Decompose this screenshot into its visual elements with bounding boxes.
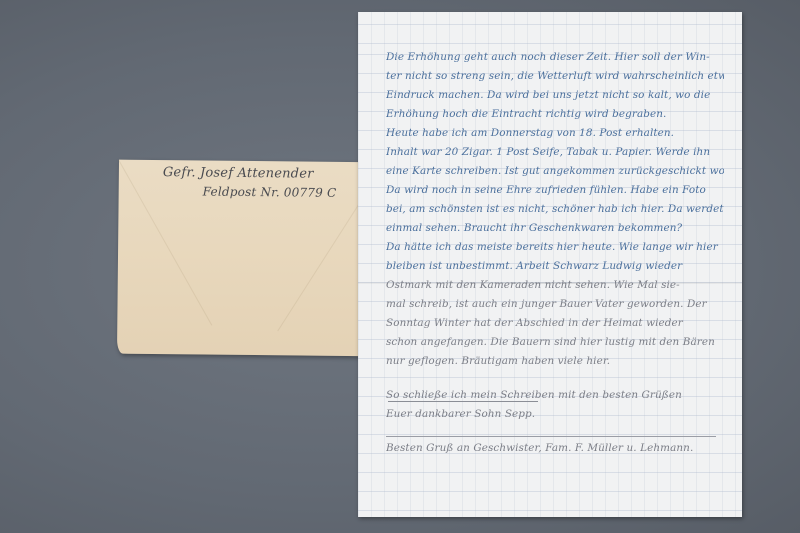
envelope: Gefr. Josef Attenender Feldpost Nr. 0077… xyxy=(117,160,385,357)
letter-line: bleiben ist unbestimmt. Arbeit Schwarz L… xyxy=(386,257,724,276)
letter-line: Sonntag Winter hat der Abschied in der H… xyxy=(386,314,724,333)
signature-line: Euer dankbarer Sohn Sepp. xyxy=(386,405,724,424)
signature-underline xyxy=(388,401,538,402)
letter-body: Die Erhöhung geht auch noch dieser Zeit.… xyxy=(386,48,724,458)
letter-line: Da wird noch in seine Ehre zufrieden füh… xyxy=(386,181,724,200)
postscript-underline xyxy=(386,436,716,437)
letter-line: ter nicht so streng sein, die Wetterluft… xyxy=(386,67,724,86)
letter-line: mal schreib, ist auch ein junger Bauer V… xyxy=(386,295,724,314)
letter-line: nur geflogen. Bräutigam haben viele hier… xyxy=(386,352,724,371)
letter-line: schon angefangen. Die Bauern sind hier l… xyxy=(386,333,724,352)
envelope-sender-name: Gefr. Josef Attenender xyxy=(163,165,314,182)
letter-line: eine Karte schreiben. Ist gut angekommen… xyxy=(386,162,724,181)
letter-sheet: Die Erhöhung geht auch noch dieser Zeit.… xyxy=(358,12,742,517)
letter-line: bei, am schönsten ist es nicht, schöner … xyxy=(386,200,724,219)
letter-line: Inhalt war 20 Zigar. 1 Post Seife, Tabak… xyxy=(386,143,724,162)
envelope-feldpost-number: Feldpost Nr. 00779 C xyxy=(203,184,337,199)
letter-line: einmal sehen. Braucht ihr Geschenkwaren … xyxy=(386,219,724,238)
postscript-line: Besten Gruß an Geschwister, Fam. F. Müll… xyxy=(386,439,724,458)
letter-line: Da hätte ich das meiste bereits hier heu… xyxy=(386,238,724,257)
letter-line: Eindruck machen. Da wird bei uns jetzt n… xyxy=(386,86,724,105)
letter-line: Ostmark mit den Kameraden nicht sehen. W… xyxy=(386,276,724,295)
letter-line: Heute habe ich am Donnerstag von 18. Pos… xyxy=(386,124,724,143)
closing-line: So schließe ich mein Schreiben mit den b… xyxy=(386,386,724,405)
letter-line: Die Erhöhung geht auch noch dieser Zeit.… xyxy=(386,48,724,67)
envelope-flap-crease-left xyxy=(118,160,212,326)
letter-line: Erhöhung hoch die Eintracht richtig wird… xyxy=(386,105,724,124)
